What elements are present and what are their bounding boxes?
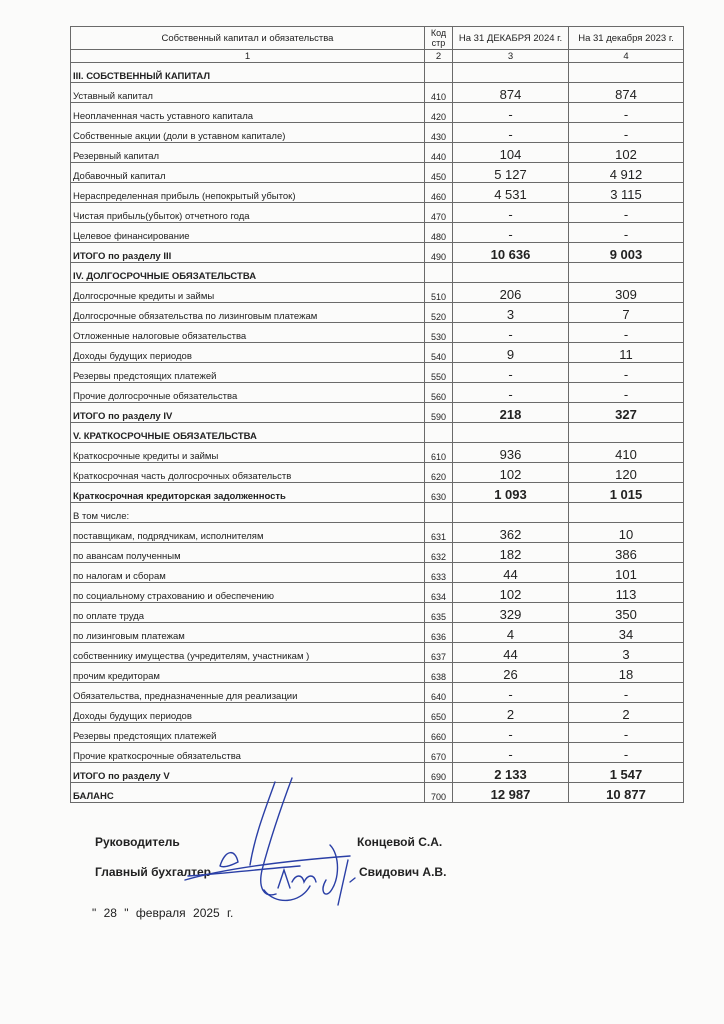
value-2023: 10 (569, 523, 684, 543)
total-row: Краткосрочная кредиторская задолженность… (71, 483, 684, 503)
table-row: Резервный капитал440104102 (71, 143, 684, 163)
row-code: 633 (425, 563, 453, 583)
table-row: В том числе: (71, 503, 684, 523)
row-code: 460 (425, 183, 453, 203)
section-header-row: IV. ДОЛГОСРОЧНЫЕ ОБЯЗАТЕЛЬСТВА (71, 263, 684, 283)
row-code (425, 503, 453, 523)
value-2023: - (569, 383, 684, 403)
row-label: по налогам и сборам (71, 563, 425, 583)
value-2024: 218 (453, 403, 569, 423)
value-2023: 874 (569, 83, 684, 103)
balance-sheet-table: Собственный капитал и обязательства Код … (70, 26, 684, 803)
row-code (425, 263, 453, 283)
header-col-description: Собственный капитал и обязательства (71, 27, 425, 50)
value-2023: 410 (569, 443, 684, 463)
value-2023: - (569, 103, 684, 123)
row-code: 520 (425, 303, 453, 323)
table-row: Неоплаченная часть уставного капитала420… (71, 103, 684, 123)
value-2024: 182 (453, 543, 569, 563)
column-index: 2 (425, 50, 453, 63)
value-2023: 120 (569, 463, 684, 483)
value-2023 (569, 503, 684, 523)
row-code: 650 (425, 703, 453, 723)
row-code: 636 (425, 623, 453, 643)
value-2024: 44 (453, 563, 569, 583)
value-2024: 874 (453, 83, 569, 103)
value-2024: 5 127 (453, 163, 569, 183)
row-label: по оплате труда (71, 603, 425, 623)
value-2023: - (569, 743, 684, 763)
total-row: ИТОГО по разделу IV590218327 (71, 403, 684, 423)
table-row: по лизинговым платежам636434 (71, 623, 684, 643)
row-label: Долгосрочные кредиты и займы (71, 283, 425, 303)
value-2023: - (569, 203, 684, 223)
row-code: 660 (425, 723, 453, 743)
row-label: Неоплаченная часть уставного капитала (71, 103, 425, 123)
column-index: 4 (569, 50, 684, 63)
row-code: 635 (425, 603, 453, 623)
row-code: 440 (425, 143, 453, 163)
table-row: Нераспределенная прибыль (непокрытый убы… (71, 183, 684, 203)
row-label: Долгосрочные обязательства по лизинговым… (71, 303, 425, 323)
row-code: 670 (425, 743, 453, 763)
date-year: 2025 г. (193, 906, 233, 920)
value-2023: 350 (569, 603, 684, 623)
value-2023: 7 (569, 303, 684, 323)
row-label: ИТОГО по разделу IV (71, 403, 425, 423)
row-label: Отложенные налоговые обязательства (71, 323, 425, 343)
table-row: по оплате труда635329350 (71, 603, 684, 623)
value-2024 (453, 63, 569, 83)
row-label: Уставный капитал (71, 83, 425, 103)
table-row: поставщикам, подрядчикам, исполнителям63… (71, 523, 684, 543)
row-label: Краткосрочная часть долгосрочных обязате… (71, 463, 425, 483)
table-row: Резервы предстоящих платежей660-- (71, 723, 684, 743)
header-col-2023: На 31 декабря 2023 г. (569, 27, 684, 50)
table-row: собственнику имущества (учредителям, уча… (71, 643, 684, 663)
row-label: V. КРАТКОСРОЧНЫЕ ОБЯЗАТЕЛЬСТВА (71, 423, 425, 443)
row-label: Резервный капитал (71, 143, 425, 163)
director-title: Руководитель (95, 835, 180, 849)
row-label: Прочие краткосрочные обязательства (71, 743, 425, 763)
value-2024: 3 (453, 303, 569, 323)
row-label: собственнику имущества (учредителям, уча… (71, 643, 425, 663)
value-2024: 104 (453, 143, 569, 163)
value-2023: 309 (569, 283, 684, 303)
row-code: 540 (425, 343, 453, 363)
row-label: В том числе: (71, 503, 425, 523)
column-index: 1 (71, 50, 425, 63)
value-2024: - (453, 103, 569, 123)
table-row: Резервы предстоящих платежей550-- (71, 363, 684, 383)
row-code: 620 (425, 463, 453, 483)
row-label: Резервы предстоящих платежей (71, 723, 425, 743)
value-2023: 10 877 (569, 783, 684, 803)
value-2024 (453, 263, 569, 283)
value-2023 (569, 63, 684, 83)
value-2024: - (453, 363, 569, 383)
row-label: Обязательства, предназначенные для реали… (71, 683, 425, 703)
row-code: 610 (425, 443, 453, 463)
row-code: 560 (425, 383, 453, 403)
row-label: Краткосрочные кредиты и займы (71, 443, 425, 463)
row-code: 640 (425, 683, 453, 703)
value-2024: - (453, 123, 569, 143)
total-row: ИТОГО по разделу III49010 6369 003 (71, 243, 684, 263)
value-2023: - (569, 223, 684, 243)
row-label: Краткосрочная кредиторская задолженность (71, 483, 425, 503)
column-index-row: 1 2 3 4 (71, 50, 684, 63)
row-code: 590 (425, 403, 453, 423)
row-code: 420 (425, 103, 453, 123)
value-2024: 102 (453, 583, 569, 603)
value-2024: 206 (453, 283, 569, 303)
row-code: 550 (425, 363, 453, 383)
value-2023 (569, 423, 684, 443)
value-2023: 11 (569, 343, 684, 363)
row-label: Доходы будущих периодов (71, 343, 425, 363)
value-2024: 329 (453, 603, 569, 623)
table-row: прочим кредиторам6382618 (71, 663, 684, 683)
table-row: Долгосрочные кредиты и займы510206309 (71, 283, 684, 303)
value-2024: 936 (453, 443, 569, 463)
row-label: IV. ДОЛГОСРОЧНЫЕ ОБЯЗАТЕЛЬСТВА (71, 263, 425, 283)
row-label: Нераспределенная прибыль (непокрытый убы… (71, 183, 425, 203)
value-2023: - (569, 123, 684, 143)
row-code: 630 (425, 483, 453, 503)
value-2023: - (569, 723, 684, 743)
table-row: Краткосрочная часть долгосрочных обязате… (71, 463, 684, 483)
value-2023: 101 (569, 563, 684, 583)
value-2023: 327 (569, 403, 684, 423)
value-2023: 1 547 (569, 763, 684, 783)
value-2023: - (569, 323, 684, 343)
value-2024: 44 (453, 643, 569, 663)
value-2024: 2 133 (453, 763, 569, 783)
row-label: прочим кредиторам (71, 663, 425, 683)
table-row: по налогам и сборам63344101 (71, 563, 684, 583)
value-2024: 102 (453, 463, 569, 483)
row-code: 450 (425, 163, 453, 183)
table-header-row: Собственный капитал и обязательства Код … (71, 27, 684, 50)
table-row: Добавочный капитал4505 1274 912 (71, 163, 684, 183)
value-2023: - (569, 683, 684, 703)
table-row: Краткосрочные кредиты и займы610936410 (71, 443, 684, 463)
value-2024: - (453, 323, 569, 343)
header-col-2024: На 31 ДЕКАБРЯ 2024 г. (453, 27, 569, 50)
row-label: III. СОБСТВЕННЫЙ КАПИТАЛ (71, 63, 425, 83)
value-2024: 12 987 (453, 783, 569, 803)
value-2024: 10 636 (453, 243, 569, 263)
row-label: ИТОГО по разделу III (71, 243, 425, 263)
table-row: Отложенные налоговые обязательства530-- (71, 323, 684, 343)
value-2024: 4 (453, 623, 569, 643)
row-label: Целевое финансирование (71, 223, 425, 243)
table-row: по социальному страхованию и обеспечению… (71, 583, 684, 603)
value-2024: - (453, 203, 569, 223)
value-2023 (569, 263, 684, 283)
table-row: Целевое финансирование480-- (71, 223, 684, 243)
row-label: по социальному страхованию и обеспечению (71, 583, 425, 603)
value-2023: - (569, 363, 684, 383)
row-label: Прочие долгосрочные обязательства (71, 383, 425, 403)
value-2023: 9 003 (569, 243, 684, 263)
row-code: 634 (425, 583, 453, 603)
row-code: 690 (425, 763, 453, 783)
table-row: Прочие долгосрочные обязательства560-- (71, 383, 684, 403)
value-2024: - (453, 383, 569, 403)
value-2023: 2 (569, 703, 684, 723)
section-header-row: V. КРАТКОСРОЧНЫЕ ОБЯЗАТЕЛЬСТВА (71, 423, 684, 443)
row-code (425, 63, 453, 83)
row-code: 510 (425, 283, 453, 303)
value-2023: 1 015 (569, 483, 684, 503)
row-code: 470 (425, 203, 453, 223)
date-day: " 28 " (92, 906, 129, 920)
table-row: Обязательства, предназначенные для реали… (71, 683, 684, 703)
value-2024: 2 (453, 703, 569, 723)
row-label: Добавочный капитал (71, 163, 425, 183)
row-code: 410 (425, 83, 453, 103)
value-2024: - (453, 723, 569, 743)
table-row: Чистая прибыль(убыток) отчетного года470… (71, 203, 684, 223)
table-row: Доходы будущих периодов65022 (71, 703, 684, 723)
value-2024: - (453, 743, 569, 763)
value-2023: 18 (569, 663, 684, 683)
value-2024: 26 (453, 663, 569, 683)
row-code: 631 (425, 523, 453, 543)
value-2024 (453, 503, 569, 523)
value-2024: 9 (453, 343, 569, 363)
signing-date: " 28 " февраля 2025 г. (92, 906, 233, 920)
table-row: Уставный капитал410874874 (71, 83, 684, 103)
row-code (425, 423, 453, 443)
row-code: 530 (425, 323, 453, 343)
row-label: по авансам полученным (71, 543, 425, 563)
row-label: по лизинговым платежам (71, 623, 425, 643)
value-2023: 3 115 (569, 183, 684, 203)
row-label: Собственные акции (доли в уставном капит… (71, 123, 425, 143)
section-header-row: III. СОБСТВЕННЫЙ КАПИТАЛ (71, 63, 684, 83)
table-row: по авансам полученным632182386 (71, 543, 684, 563)
value-2024: - (453, 683, 569, 703)
row-code: 638 (425, 663, 453, 683)
table-row: Долгосрочные обязательства по лизинговым… (71, 303, 684, 323)
table-row: Прочие краткосрочные обязательства670-- (71, 743, 684, 763)
row-code: 700 (425, 783, 453, 803)
date-month: февраля (136, 906, 186, 920)
value-2023: 102 (569, 143, 684, 163)
row-code: 632 (425, 543, 453, 563)
row-label: Резервы предстоящих платежей (71, 363, 425, 383)
row-label: Доходы будущих периодов (71, 703, 425, 723)
value-2024: 362 (453, 523, 569, 543)
handwritten-signature-icon (180, 770, 380, 910)
value-2023: 34 (569, 623, 684, 643)
value-2024: 4 531 (453, 183, 569, 203)
row-label: Чистая прибыль(убыток) отчетного года (71, 203, 425, 223)
value-2024: - (453, 223, 569, 243)
row-code: 430 (425, 123, 453, 143)
table-row: Собственные акции (доли в уставном капит… (71, 123, 684, 143)
header-col-code: Код стр (425, 27, 453, 50)
row-code: 480 (425, 223, 453, 243)
row-code: 490 (425, 243, 453, 263)
value-2024 (453, 423, 569, 443)
value-2024: 1 093 (453, 483, 569, 503)
row-label: поставщикам, подрядчикам, исполнителям (71, 523, 425, 543)
value-2023: 386 (569, 543, 684, 563)
table-row: Доходы будущих периодов540911 (71, 343, 684, 363)
value-2023: 4 912 (569, 163, 684, 183)
column-index: 3 (453, 50, 569, 63)
row-code: 637 (425, 643, 453, 663)
value-2023: 113 (569, 583, 684, 603)
value-2023: 3 (569, 643, 684, 663)
